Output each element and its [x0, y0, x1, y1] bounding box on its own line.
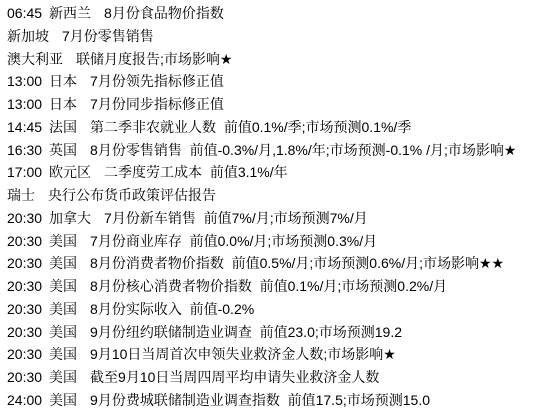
event-description: 第二季非农就业人数 前值0.1%/季;市场预测0.1%/季	[90, 119, 411, 135]
event-region: 美国	[49, 301, 77, 317]
event-time: 20:30	[7, 278, 42, 294]
event-description: 7月份领先指标修正值	[90, 73, 224, 89]
event-description: 截至9月10日当周四周平均申请失业救济金人数	[90, 369, 379, 385]
calendar-row: 新加坡7月份零售销售	[7, 25, 538, 48]
event-time: 13:00	[7, 96, 42, 112]
calendar-row: 14:45法国第二季非农就业人数 前值0.1%/季;市场预测0.1%/季	[7, 116, 538, 139]
event-description: 8月份实际收入 前值-0.2%	[90, 301, 254, 317]
event-time: 20:30	[7, 301, 42, 317]
economic-calendar-list: 06:45新西兰8月份食品物价指数 新加坡7月份零售销售 澳大利亚联储月度报告;…	[0, 0, 542, 412]
event-description: 9月份费城联储制造业调查指数 前值17.5;市场预测15.0	[90, 392, 430, 408]
event-time: 24:00	[7, 392, 42, 408]
calendar-row: 20:30美国9月份纽约联储制造业调查 前值23.0;市场预测19.2	[7, 321, 538, 344]
event-region: 美国	[49, 346, 77, 362]
event-region: 美国	[49, 369, 77, 385]
event-region: 新加坡	[7, 28, 49, 44]
event-description: 8月份食品物价指数	[104, 5, 224, 21]
event-region: 日本	[49, 96, 77, 112]
calendar-row: 20:30加拿大7月份新车销售 前值7%/月;市场预测7%/月	[7, 207, 538, 230]
calendar-row: 16:30英国8月份零售销售 前值-0.3%/月,1.8%/年;市场预测-0.1…	[7, 139, 538, 162]
event-time: 14:45	[7, 119, 42, 135]
calendar-row: 13:00日本7月份同步指标修正值	[7, 93, 538, 116]
calendar-row: 17:00欧元区二季度劳工成本 前值3.1%/年	[7, 161, 538, 184]
calendar-row: 24:00美国9月份费城联储制造业调查指数 前值17.5;市场预测15.0	[7, 389, 538, 412]
calendar-row: 13:00日本7月份领先指标修正值	[7, 70, 538, 93]
event-region: 美国	[49, 324, 77, 340]
event-region: 瑞士	[7, 187, 35, 203]
event-description: 9月10日当周首次申领失业救济金人数;市场影响★	[90, 346, 396, 362]
calendar-row: 06:45新西兰8月份食品物价指数	[7, 2, 538, 25]
event-description: 联储月度报告;市场影响★	[76, 51, 232, 67]
event-description: 二季度劳工成本 前值3.1%/年	[104, 164, 288, 180]
event-region: 美国	[49, 392, 77, 408]
event-region: 澳大利亚	[7, 51, 63, 67]
event-region: 美国	[49, 233, 77, 249]
event-region: 新西兰	[49, 5, 91, 21]
event-description: 8月份零售销售 前值-0.3%/月,1.8%/年;市场预测-0.1% /月;市场…	[90, 142, 516, 158]
event-description: 7月份新车销售 前值7%/月;市场预测7%/月	[104, 210, 368, 226]
calendar-row: 20:30美国8月份核心消费者物价指数 前值0.1%/月;市场预测0.2%/月	[7, 275, 538, 298]
event-description: 7月份商业库存 前值0.0%/月;市场预测0.3%/月	[90, 233, 377, 249]
event-region: 法国	[49, 119, 77, 135]
calendar-row: 20:30美国8月份消费者物价指数 前值0.5%/月;市场预测0.6%/月;市场…	[7, 252, 538, 275]
event-time: 17:00	[7, 164, 42, 180]
event-time: 20:30	[7, 346, 42, 362]
calendar-row: 20:30美国8月份实际收入 前值-0.2%	[7, 298, 538, 321]
event-description: 8月份消费者物价指数 前值0.5%/月;市场预测0.6%/月;市场影响★★	[90, 255, 504, 271]
event-time: 20:30	[7, 324, 42, 340]
calendar-row: 20:30美国9月10日当周首次申领失业救济金人数;市场影响★	[7, 343, 538, 366]
event-time: 06:45	[7, 5, 42, 21]
event-time: 20:30	[7, 369, 42, 385]
event-time: 20:30	[7, 233, 42, 249]
event-time: 13:00	[7, 73, 42, 89]
event-time: 20:30	[7, 255, 42, 271]
event-description: 8月份核心消费者物价指数 前值0.1%/月;市场预测0.2%/月	[90, 278, 447, 294]
event-description: 7月份同步指标修正值	[90, 96, 224, 112]
event-region: 英国	[49, 142, 77, 158]
event-region: 美国	[49, 255, 77, 271]
calendar-row: 20:30美国截至9月10日当周四周平均申请失业救济金人数	[7, 366, 538, 389]
event-description: 7月份零售销售	[62, 28, 154, 44]
event-description: 9月份纽约联储制造业调查 前值23.0;市场预测19.2	[90, 324, 402, 340]
calendar-row: 瑞士央行公布货币政策评估报告	[7, 184, 538, 207]
calendar-row: 20:30美国7月份商业库存 前值0.0%/月;市场预测0.3%/月	[7, 230, 538, 253]
event-time: 20:30	[7, 210, 42, 226]
event-region: 日本	[49, 73, 77, 89]
event-region: 加拿大	[49, 210, 91, 226]
event-time: 16:30	[7, 142, 42, 158]
event-region: 美国	[49, 278, 77, 294]
calendar-row: 澳大利亚联储月度报告;市场影响★	[7, 48, 538, 71]
event-region: 欧元区	[49, 164, 91, 180]
event-description: 央行公布货币政策评估报告	[48, 187, 216, 203]
